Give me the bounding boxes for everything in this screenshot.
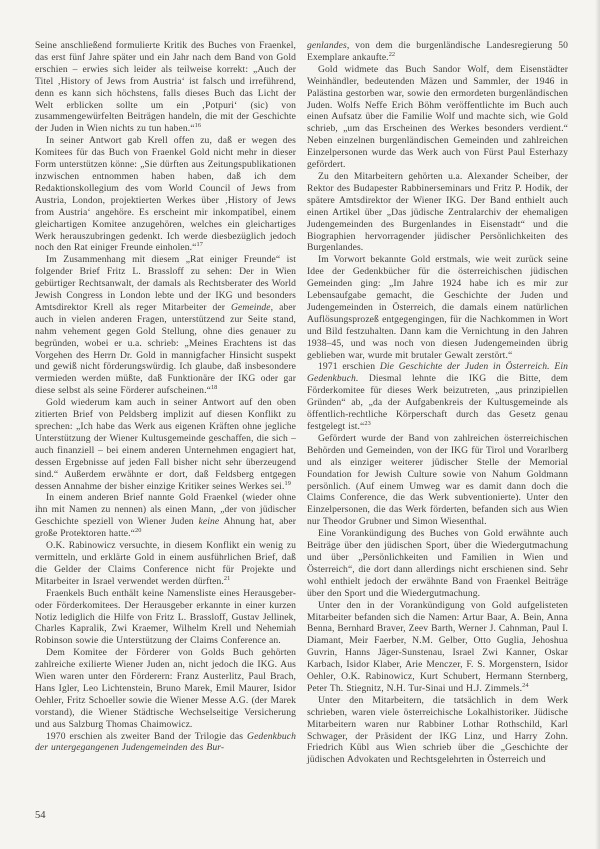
footnote-ref: 20 bbox=[135, 527, 142, 534]
left-column: Seine anschließend formulierte Kritik de… bbox=[35, 40, 296, 766]
paragraph: In seiner Antwort gab Krell offen zu, da… bbox=[35, 135, 296, 254]
text-run: Eine Vorankündigung des Buches von Gold … bbox=[307, 528, 568, 599]
paragraph: Fraenkels Buch enthält keine Namensliste… bbox=[35, 588, 296, 648]
text-run: Gold wiederum kam auch in seiner Antwort… bbox=[35, 397, 296, 491]
paragraph: Im Zusammenhang mit diesem „Rat einiger … bbox=[35, 254, 296, 397]
paragraph: In einem anderen Brief nannte Gold Fraen… bbox=[35, 492, 296, 540]
right-column: genlandes, von dem die burgenländische L… bbox=[307, 40, 568, 766]
italic-text: Gemeinde bbox=[231, 302, 271, 313]
footnote-ref: 18 bbox=[211, 384, 218, 391]
italic-text: keine bbox=[198, 516, 219, 527]
text-run: Gefördert wurde der Band von zahlreichen… bbox=[307, 433, 568, 527]
paragraph: 1970 erschien als zweiter Band der Trilo… bbox=[35, 731, 296, 755]
paragraph: Gold widmete das Buch Sandor Wolf, dem E… bbox=[307, 64, 568, 171]
footnote-ref: 16 bbox=[195, 122, 202, 129]
text-run: Im Vorwort bekannte Gold erstmals, wie w… bbox=[307, 254, 568, 360]
footnote-ref: 17 bbox=[196, 241, 203, 248]
page-number: 54 bbox=[35, 810, 46, 822]
text-run: , aber auch in vielen anderen Fragen, un… bbox=[35, 302, 296, 396]
paragraph: genlandes, von dem die burgenländische L… bbox=[307, 40, 568, 64]
footnote-ref: 24 bbox=[522, 682, 529, 689]
footnote-ref: 21 bbox=[224, 575, 231, 582]
paragraph: Dem Komitee der Förderer von Golds Buch … bbox=[35, 647, 296, 730]
text-run: Zu den Mitarbeitern gehörten u.a. Alexan… bbox=[307, 171, 568, 253]
paragraph: Seine anschließend formulierte Kritik de… bbox=[35, 40, 296, 135]
text-run: , von dem die burgenländische Landesregi… bbox=[307, 40, 568, 63]
footnote-ref: 22 bbox=[389, 51, 396, 58]
italic-text: genlandes bbox=[307, 40, 347, 51]
paragraph: Unter den Mitarbeitern, die tatsächlich … bbox=[307, 695, 568, 766]
paragraph: Gold wiederum kam auch in seiner Antwort… bbox=[35, 397, 296, 492]
paragraph: Zu den Mitarbeitern gehörten u.a. Alexan… bbox=[307, 171, 568, 254]
text-run: 1970 erschien als zweiter Band der Trilo… bbox=[46, 731, 247, 742]
paragraph: Unter den in der Vorankündigung von Gold… bbox=[307, 600, 568, 695]
text-run: Dem Komitee der Förderer von Golds Buch … bbox=[35, 647, 296, 729]
footnote-ref: 23 bbox=[364, 420, 371, 427]
text-run: Gold widmete das Buch Sandor Wolf, dem E… bbox=[307, 64, 568, 170]
text-run: Fraenkels Buch enthält keine Namensliste… bbox=[35, 588, 296, 647]
text-run: In seiner Antwort gab Krell offen zu, da… bbox=[35, 135, 296, 253]
text-run: Unter den Mitarbeitern, die tatsächlich … bbox=[307, 695, 568, 766]
scan-edge-shadow bbox=[595, 0, 600, 849]
paragraph: Im Vorwort bekannte Gold erstmals, wie w… bbox=[307, 254, 568, 361]
paragraph: 1971 erschien Die Geschichte der Juden i… bbox=[307, 361, 568, 432]
text-run: Seine anschließend formulierte Kritik de… bbox=[35, 40, 296, 134]
paragraph: Eine Vorankündigung des Buches von Gold … bbox=[307, 528, 568, 599]
paragraph: Gefördert wurde der Band von zahlreichen… bbox=[307, 433, 568, 528]
text-run: Unter den in der Vorankündigung von Gold… bbox=[307, 600, 568, 694]
footnote-ref: 19 bbox=[284, 479, 291, 486]
text-columns: Seine anschließend formulierte Kritik de… bbox=[35, 40, 568, 766]
book-page: Seine anschließend formulierte Kritik de… bbox=[0, 0, 600, 849]
paragraph: O.K. Rabinowicz versuchte, in diesem Kon… bbox=[35, 540, 296, 588]
text-run: 1971 erschien bbox=[318, 361, 380, 372]
text-run: O.K. Rabinowicz versuchte, in diesem Kon… bbox=[35, 540, 296, 587]
